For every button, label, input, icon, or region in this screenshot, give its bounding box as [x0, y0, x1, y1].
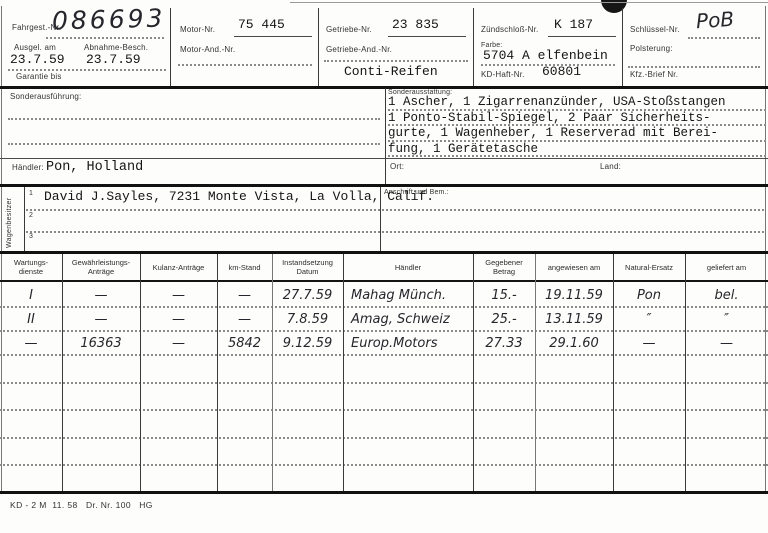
divider-line [140, 254, 141, 492]
key-number-label: Schlüssel-Nr. [630, 25, 680, 34]
table-cell [685, 384, 768, 410]
divider-line [318, 8, 319, 86]
owner-section-label: Wagenbesitzer [6, 186, 13, 248]
table-cell [473, 466, 535, 492]
table-cell [0, 384, 62, 410]
column-header: Instandsetzung Datum [272, 254, 343, 280]
table-cell: Europ.Motors [343, 332, 473, 354]
table-cell [140, 466, 217, 492]
table-cell: Amag, Schweiz [343, 308, 473, 330]
table-cell [473, 439, 535, 465]
dotted-rule [178, 64, 312, 66]
dotted-rule [8, 69, 166, 71]
service-record-card: Fahrgest.-Nr. 086693 Ausgel. am Abnahme-… [0, 0, 768, 533]
divider-line [473, 254, 474, 492]
column-header: Händler [343, 254, 473, 280]
table-cell [613, 384, 685, 410]
sonderausstattung-line: fung, 1 Gerätetasche [388, 142, 766, 158]
table-cell [613, 439, 685, 465]
dotted-rule [8, 143, 380, 145]
engine-number-label: Motor-Nr. [180, 25, 215, 34]
table-row [0, 356, 768, 384]
table-cell [217, 356, 272, 382]
dotted-rule [628, 66, 760, 68]
owner-row-number: 3 [29, 233, 33, 240]
table-cell: — [62, 284, 140, 306]
table-cell [217, 466, 272, 492]
table-cell: 7.8.59 [272, 308, 343, 330]
column-header: Gegebener Betrag [473, 254, 535, 280]
column-header: Kulanz-Anträge [140, 254, 217, 280]
table-cell: ″ [613, 308, 685, 330]
dealer-value: Pon, Holland [46, 160, 143, 175]
table-cell [343, 466, 473, 492]
table-cell [62, 356, 140, 382]
form-print-code: KD - 2 M 11. 58 Dr. Nr. 100 HG [10, 500, 153, 510]
chassis-number-value: 086693 [52, 4, 166, 36]
gearbox-number-label: Getriebe-Nr. [326, 25, 372, 34]
divider-line [62, 254, 63, 492]
table-cell: — [140, 332, 217, 354]
table-cell: — [62, 308, 140, 330]
divider-line [170, 8, 171, 86]
table-cell [535, 356, 613, 382]
table-cell: ″ [685, 308, 768, 330]
divider-line [272, 254, 273, 492]
rule [388, 36, 466, 37]
acceptance-date-value: 23.7.59 [86, 52, 141, 67]
divider-line [613, 254, 614, 492]
table-cell: — [0, 332, 62, 354]
column-header: angewiesen am [535, 254, 613, 280]
sonderausstattung-line: 1 Ascher, 1 Zigarrenanzünder, USA-Stoßst… [388, 95, 766, 111]
table-cell [535, 411, 613, 437]
table-cell: Mahag Münch. [343, 284, 473, 306]
column-header: geliefert am [685, 254, 768, 280]
table-cell: — [140, 308, 217, 330]
table-cell: — [140, 284, 217, 306]
table-cell: — [217, 308, 272, 330]
table-cell [0, 439, 62, 465]
table-row [0, 439, 768, 467]
table-cell: 16363 [62, 332, 140, 354]
sonderausstattung-line: gurte, 1 Wagenheber, 1 Reserverad mit Be… [388, 126, 766, 142]
dotted-rule [324, 60, 468, 62]
divider-line [385, 88, 386, 184]
owner-name-address: David J.Sayles, 7231 Monte Vista, La Vol… [44, 189, 434, 204]
table-cell [62, 384, 140, 410]
table-cell: Pon [613, 284, 685, 306]
table-cell [217, 411, 272, 437]
service-table-header: Wartungs- dienste Gewährleistungs- Anträ… [0, 254, 768, 282]
table-cell: — [217, 284, 272, 306]
table-row: II———7.8.59Amag, Schweiz25.-13.11.59″″ [0, 308, 768, 332]
table-cell [140, 411, 217, 437]
table-cell: II [0, 308, 62, 330]
table-cell [62, 466, 140, 492]
table-row: I———27.7.59Mahag Münch.15.-19.11.59Ponbe… [0, 284, 768, 308]
city-label: Ort: [390, 162, 404, 171]
divider-line [217, 254, 218, 492]
table-cell [343, 411, 473, 437]
table-cell [217, 439, 272, 465]
table-cell [62, 411, 140, 437]
ignition-lock-number-label: Zündschloß-Nr. [481, 25, 538, 34]
section-divider [0, 184, 768, 187]
table-cell [272, 356, 343, 382]
table-cell [535, 466, 613, 492]
table-cell [343, 356, 473, 382]
divider-line [24, 187, 25, 251]
owner-row-number: 2 [29, 212, 33, 219]
warranty-until-label: Garantie bis [16, 72, 62, 81]
table-cell [685, 411, 768, 437]
issued-date-value: 23.7.59 [10, 52, 65, 67]
table-cell [140, 439, 217, 465]
section-divider [0, 86, 768, 89]
tires-value: Conti-Reifen [344, 64, 438, 79]
table-cell [272, 439, 343, 465]
table-cell [272, 384, 343, 410]
dotted-rule [46, 37, 164, 39]
table-cell [217, 384, 272, 410]
table-cell [473, 411, 535, 437]
dotted-rule [26, 209, 764, 211]
table-cell [613, 411, 685, 437]
owner-row-number: 1 [29, 190, 33, 197]
special-version-label: Sonderausführung: [10, 92, 81, 101]
divider-line [622, 8, 623, 86]
table-row [0, 466, 768, 494]
acceptance-label: Abnahme-Besch. [84, 43, 148, 52]
ignition-lock-number-value: K 187 [554, 17, 593, 32]
table-cell: 9.12.59 [272, 332, 343, 354]
gearbox-number-value: 23 835 [392, 17, 439, 32]
table-cell [473, 384, 535, 410]
issued-date-label: Ausgel. am [14, 43, 56, 52]
kd-liability-number-value: 60801 [542, 64, 581, 79]
rule [234, 36, 312, 37]
table-cell: I [0, 284, 62, 306]
table-cell: 13.11.59 [535, 308, 613, 330]
table-cell: bel. [685, 284, 768, 306]
vehicle-title-number-label: Kfz.-Brief Nr. [630, 70, 678, 79]
color-value: 5704 A elfenbein [483, 48, 608, 63]
table-cell: 29.1.60 [535, 332, 613, 354]
sonderausstattung-line: 1 Ponto-Stabil-Spiegel, 2 Paar Sicherhei… [388, 111, 766, 127]
table-cell [473, 356, 535, 382]
scan-edge-line [290, 2, 768, 3]
divider-line [685, 254, 686, 492]
table-cell [0, 411, 62, 437]
table-cell [343, 439, 473, 465]
divider-line [343, 254, 344, 492]
table-cell [343, 384, 473, 410]
table-cell [0, 356, 62, 382]
table-cell [272, 466, 343, 492]
country-label: Land: [600, 162, 621, 171]
upholstery-label: Polsterung: [630, 44, 673, 53]
table-cell [685, 466, 768, 492]
dotted-rule [8, 118, 380, 120]
engine-change-number-label: Motor-And.-Nr. [180, 45, 235, 54]
column-header: Gewährleistungs- Anträge [62, 254, 140, 280]
table-cell: 15.- [473, 284, 535, 306]
table-cell [140, 356, 217, 382]
table-cell: 25.- [473, 308, 535, 330]
rule [548, 36, 616, 37]
column-header: km-Stand [217, 254, 272, 280]
table-row: —16363—58429.12.59Europ.Motors27.3329.1.… [0, 332, 768, 356]
table-cell [0, 466, 62, 492]
table-row [0, 411, 768, 439]
dotted-rule [26, 231, 764, 233]
table-cell [140, 384, 217, 410]
table-row [0, 384, 768, 412]
sonderausstattung-lines: 1 Ascher, 1 Zigarrenanzünder, USA-Stoßst… [388, 95, 766, 157]
table-cell: 27.33 [473, 332, 535, 354]
table-cell: 27.7.59 [272, 284, 343, 306]
table-cell: 19.11.59 [535, 284, 613, 306]
dealer-label: Händler: [12, 163, 44, 172]
table-cell [535, 384, 613, 410]
table-cell [535, 439, 613, 465]
section-divider [0, 491, 768, 494]
table-cell [685, 439, 768, 465]
table-cell [685, 356, 768, 382]
gearbox-change-number-label: Getriebe-And.-Nr. [326, 45, 392, 54]
table-cell: — [613, 332, 685, 354]
key-number-value: PoB [695, 7, 735, 34]
table-cell: 5842 [217, 332, 272, 354]
table-cell [62, 439, 140, 465]
table-cell: — [685, 332, 768, 354]
divider-line [473, 8, 474, 86]
column-header: Wartungs- dienste [0, 254, 62, 280]
column-header: Natural-Ersatz [613, 254, 685, 280]
engine-number-value: 75 445 [238, 17, 285, 32]
section-divider-thin [0, 158, 768, 159]
dotted-rule [688, 37, 760, 39]
kd-liability-number-label: KD-Haft-Nr. [481, 70, 525, 79]
table-cell [272, 411, 343, 437]
table-cell [613, 356, 685, 382]
service-table-body: I———27.7.59Mahag Münch.15.-19.11.59Ponbe… [0, 284, 768, 494]
table-cell [613, 466, 685, 492]
divider-line [535, 254, 536, 492]
